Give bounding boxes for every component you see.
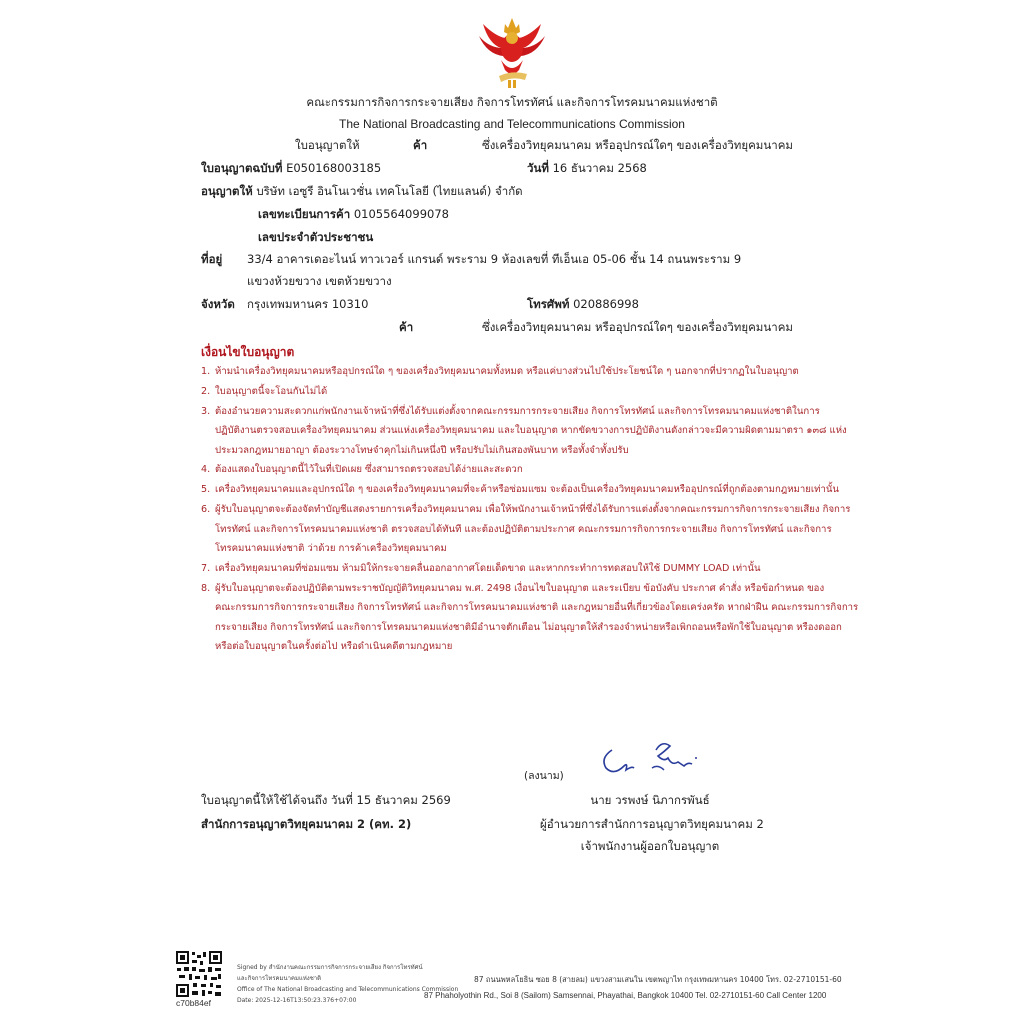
condition-text: ประมวลกฎหมายอาญา ต้องระวางโทษจำคุกไม่เกิ… (215, 445, 629, 456)
phone-number: 020886998 (573, 297, 639, 311)
trade-label: ค้า (399, 320, 413, 334)
condition-text: ปฏิบัติงานตรวจสอบเครื่องวิทยุคมนาคม ส่วน… (215, 425, 847, 436)
license-number-label: ใบอนุญาตฉบับที่ (201, 161, 282, 175)
condition-text: โทรทัศน์ และกิจการโทรคมนาคมแห่งชาติ ตรวจ… (215, 524, 832, 535)
trade-registration-label: เลขทะเบียนการค้า (258, 207, 350, 221)
org-name-english: The National Broadcasting and Telecommun… (0, 117, 1024, 131)
condition-text: ใบอนุญาตนี้จะโอนกันไม่ได้ (215, 386, 327, 397)
condition-text: คณะกรรมการกิจการกระจายเสียง กิจการโทรทัศ… (215, 602, 858, 613)
condition-item: 4.ต้องแสดงใบอนุญาตนี้ไว้ในที่เปิดเผย ซึ่… (201, 460, 523, 480)
footer-address-thai: 87 ถนนพหลโยธิน ซอย 8 (สายลม) แขวงสามเสนใ… (474, 974, 842, 986)
license-type-label: ใบอนุญาตให้ (295, 138, 360, 152)
condition-item: 8.ผู้รับใบอนุญาตจะต้องปฏิบัติตามพระราชบั… (201, 579, 858, 657)
condition-item: 7.เครื่องวิทยุคมนาคมที่ซ่อมแซม ห้ามมิให้… (201, 559, 761, 579)
license-number-row: ใบอนุญาตฉบับที่ E050168003185 (201, 161, 381, 175)
grantee-name: บริษัท เอซูรี อินโนเวชั่น เทคโนโลยี (ไทย… (256, 184, 522, 198)
condition-text: กระจายเสียง กิจการโทรทัศน์ และกิจการโทรค… (215, 622, 842, 633)
phone-label: โทรศัพท์ (527, 297, 569, 311)
condition-item: 6.ผู้รับใบอนุญาตจะต้องจัดทำบัญชีแสดงรายก… (201, 500, 850, 559)
address-label: ที่อยู่ (201, 252, 222, 266)
condition-number: 8. (201, 579, 215, 599)
signer-title: ผู้อำนวยการสำนักการอนุญาตวิทยุคมนาคม 2 (540, 817, 760, 831)
footer-address-english: 87 Phaholyothin Rd., Soi 8 (Sailom) Sams… (424, 991, 826, 1000)
trade-registration-number: 0105564099078 (354, 207, 449, 221)
trade-registration-row: เลขทะเบียนการค้า 0105564099078 (258, 207, 449, 221)
grantee-row: อนุญาตให้ บริษัท เอซูรี อินโนเวชั่น เทคโ… (201, 184, 523, 198)
condition-item: 2.ใบอนุญาตนี้จะโอนกันไม่ได้ (201, 382, 327, 402)
condition-number: 7. (201, 559, 215, 579)
condition-number: 6. (201, 500, 215, 520)
license-date-label: วันที่ (527, 161, 549, 175)
garuda-emblem-icon (475, 14, 549, 90)
conditions-title: เงื่อนไขใบอนุญาต (201, 343, 294, 362)
license-date-row: วันที่ 16 ธันวาคม 2568 (527, 161, 647, 175)
condition-number: 2. (201, 382, 215, 402)
handwritten-signature-icon (598, 736, 718, 782)
signed-by-line-2: และกิจการโทรคมนาคมแห่งชาติ (237, 974, 321, 983)
condition-text: เครื่องวิทยุคมนาคมที่ซ่อมแซม ห้ามมิให้กร… (215, 563, 761, 574)
phone-row: โทรศัพท์ 020886998 (527, 297, 639, 311)
trade-description: ซึ่งเครื่องวิทยุคมนาคม หรืออุปกรณ์ใดๆ ขอ… (482, 320, 793, 334)
signer-name: นาย วรพงษ์ นิภากรพันธ์ (540, 793, 760, 807)
condition-text: ต้องอำนวยความสะดวกแก่พนักงานเจ้าหน้าที่ซ… (215, 406, 820, 417)
license-number: E050168003185 (286, 161, 381, 175)
org-name-thai: คณะกรรมการกิจการกระจายเสียง กิจการโทรทัศ… (0, 95, 1024, 109)
citizen-id-row: เลขประจำตัวประชาชน (258, 230, 373, 244)
province-label: จังหวัด (201, 297, 235, 311)
condition-text: ห้ามนำเครื่องวิทยุคมนาคมหรืออุปกรณ์ใด ๆ … (215, 366, 799, 377)
address-line-2: แขวงห้วยขวาง เขตห้วยขวาง (247, 274, 392, 288)
grantee-label: อนุญาตให้ (201, 184, 253, 198)
condition-number: 4. (201, 460, 215, 480)
signed-by-line-1: Signed by สำนักงานคณะกรรมการกิจการกระจาย… (237, 963, 423, 972)
citizen-id-label: เลขประจำตัวประชาชน (258, 230, 373, 244)
validity-text: ใบอนุญาตนี้ให้ใช้ได้จนถึง วันที่ 15 ธันว… (201, 793, 451, 807)
signer-role: เจ้าพนักงานผู้ออกใบอนุญาต (540, 839, 760, 853)
qr-code-text: c70b84ef (176, 998, 211, 1008)
condition-text: ผู้รับใบอนุญาตจะต้องปฏิบัติตามพระราชบัญญ… (215, 583, 824, 594)
license-type-description: ซึ่งเครื่องวิทยุคมนาคม หรืออุปกรณ์ใดๆ ขอ… (482, 138, 793, 152)
license-type-value: ค้า (413, 138, 427, 152)
signed-date: Date: 2025-12-16T13:50:23.376+07:00 (237, 996, 356, 1005)
license-date: 16 ธันวาคม 2568 (553, 161, 647, 175)
province-value: กรุงเทพมหานคร 10310 (247, 297, 368, 311)
address-line-1: 33/4 อาคารเดอะไนน์ ทาวเวอร์ แกรนด์ พระรา… (247, 252, 741, 266)
condition-text: โทรคมนาคมแห่งชาติ ว่าด้วย การค้าเครื่องว… (215, 543, 447, 554)
condition-item: 5.เครื่องวิทยุคมนาคมและอุปกรณ์ใด ๆ ของเค… (201, 480, 839, 500)
condition-item: 3.ต้องอำนวยความสะดวกแก่พนักงานเจ้าหน้าที… (201, 402, 847, 461)
condition-text: ผู้รับใบอนุญาตจะต้องจัดทำบัญชีแสดงรายการ… (215, 504, 850, 515)
condition-number: 3. (201, 402, 215, 422)
sign-label: (ลงนาม) (524, 769, 564, 783)
condition-text: ต้องแสดงใบอนุญาตนี้ไว้ในที่เปิดเผย ซึ่งส… (215, 464, 523, 475)
issuing-office: สำนักการอนุญาตวิทยุคมนาคม 2 (คท. 2) (201, 817, 411, 831)
condition-item: 1.ห้ามนำเครื่องวิทยุคมนาคมหรืออุปกรณ์ใด … (201, 362, 799, 382)
condition-text: เครื่องวิทยุคมนาคมและอุปกรณ์ใด ๆ ของเครื… (215, 484, 839, 495)
condition-number: 1. (201, 362, 215, 382)
qr-code-icon[interactable] (175, 950, 223, 998)
condition-number: 5. (201, 480, 215, 500)
condition-text: หรือต่อใบอนุญาตในครั้งต่อไป หรือดำเนินคด… (215, 641, 452, 652)
